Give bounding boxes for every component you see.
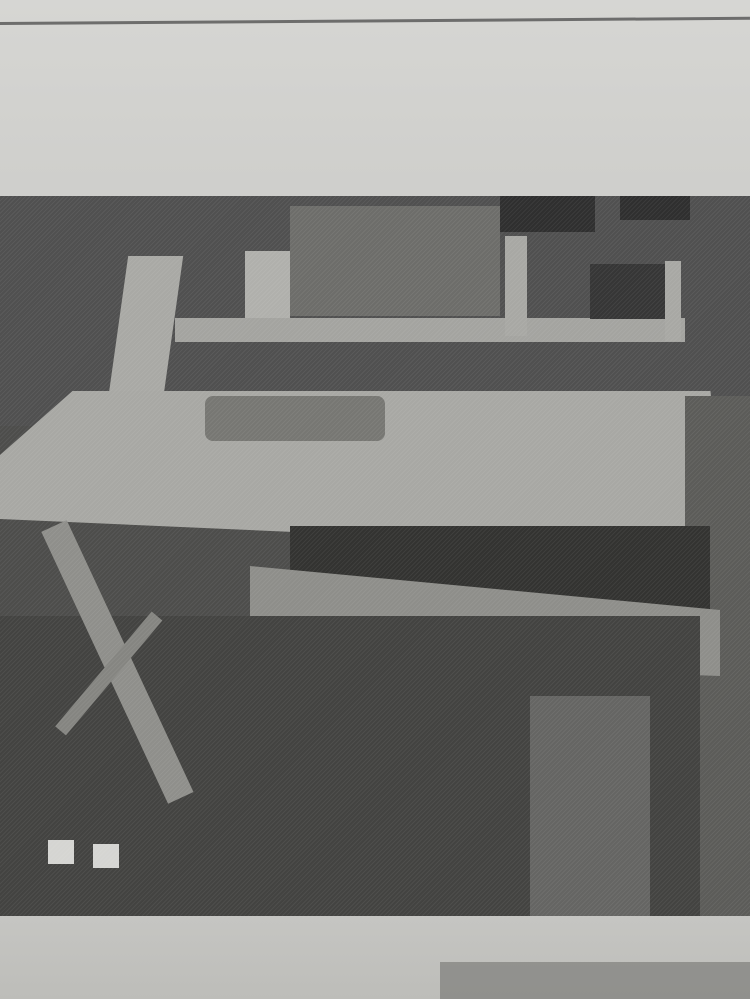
frame-post-far-right bbox=[665, 261, 681, 341]
frame-beam bbox=[175, 318, 685, 342]
dark-window-left bbox=[500, 196, 595, 232]
dark-window-right bbox=[620, 196, 690, 220]
light-window-1 bbox=[48, 840, 74, 864]
next-photo-edge bbox=[440, 962, 750, 999]
halftone-photo bbox=[0, 196, 750, 916]
brick-center bbox=[290, 206, 500, 316]
slab-stain bbox=[205, 396, 385, 441]
dark-opening bbox=[590, 264, 665, 319]
right-light-patch bbox=[530, 696, 650, 916]
frame-post-right bbox=[505, 236, 527, 336]
light-window-2 bbox=[93, 844, 119, 868]
